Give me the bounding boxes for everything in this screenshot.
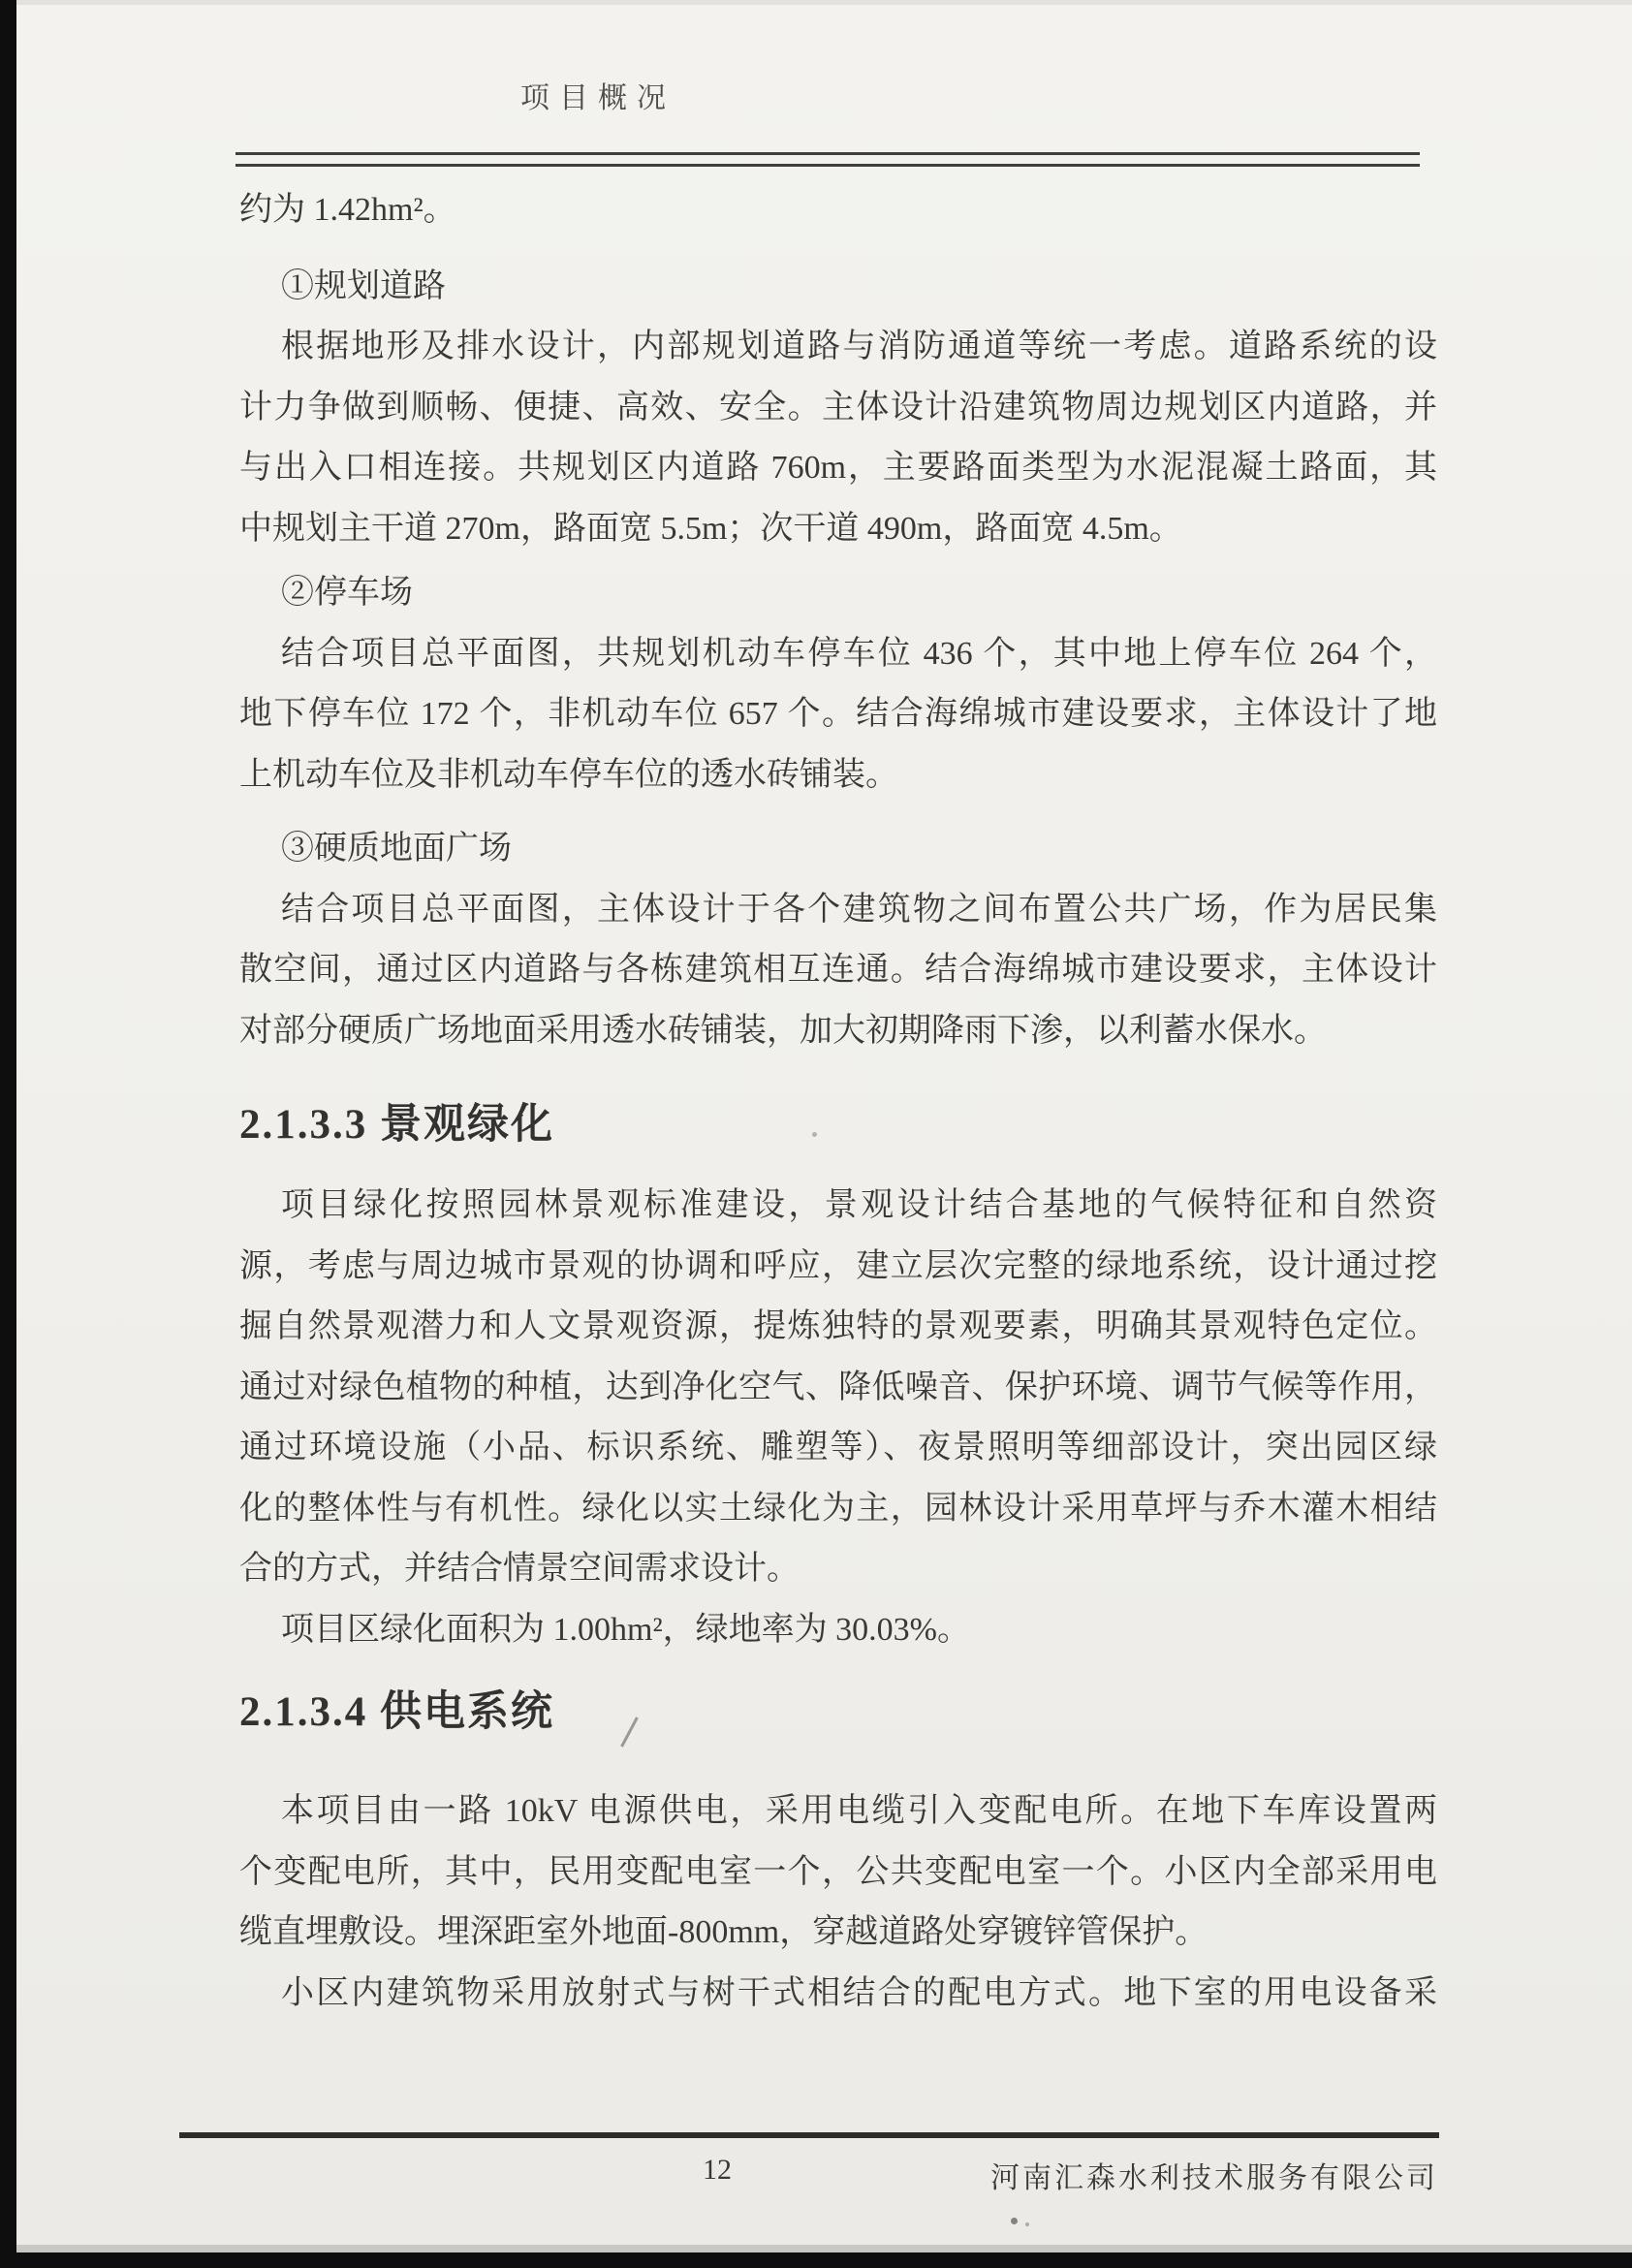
body-line: 源，考虑与周边城市景观的协调和呼应，建立层次完整的绿地系统，设计通过挖 (239, 1237, 1437, 1298)
body-line: 个变配电所，其中，民用变配电室一个，公共变配电室一个。小区内全部采用电 (239, 1843, 1437, 1904)
page-header-title: 项目概况 (520, 74, 675, 116)
body-line: 合的方式，并结合情景空间需求设计。 (239, 1539, 1437, 1600)
body-line: 地下停车位 172 个，非机动车位 657 个。结合海绵城市建设要求，主体设计了… (239, 684, 1437, 745)
list-item-label-road: ①规划道路 (239, 257, 1437, 318)
section-heading-power: 2.1.3.4 供电系统 (239, 1670, 1437, 1755)
scan-edge-bottom (0, 2252, 1632, 2268)
body-line: 本项目由一路 10kV 电源供电，采用电缆引入变配电所。在地下车库设置两 (239, 1781, 1437, 1843)
body-line: 与出入口相连接。共规划区内道路 760m，主要路面类型为水泥混凝土路面，其 (239, 438, 1437, 499)
document-body: 约为 1.42hm²。 ①规划道路 根据地形及排水设计，内部规划道路与消防通道等… (239, 180, 1437, 2024)
body-line: 小区内建筑物采用放射式与树干式相结合的配电方式。地下室的用电设备采 (239, 1964, 1437, 2025)
scan-edge-bottom-shadow (0, 2245, 1632, 2252)
body-line: 上机动车位及非机动车停车位的透水砖铺装。 (239, 745, 1437, 806)
body-line: 通过环境设施（小品、标识系统、雕塑等）、夜景照明等细部设计，突出园区绿 (239, 1418, 1437, 1479)
list-item-label-parking: ②停车场 (239, 563, 1437, 624)
body-line: 化的整体性与有机性。绿化以实土绿化为主，园林设计采用草坪与乔木灌木相结 (239, 1479, 1437, 1540)
body-line: 缆直埋敷设。埋深距室外地面-800mm，穿越道路处穿镀锌管保护。 (239, 1903, 1437, 1964)
body-line: 中规划主干道 270m，路面宽 5.5m；次干道 490m，路面宽 4.5m。 (239, 499, 1437, 560)
scanned-page: 项目概况 约为 1.42hm²。 ①规划道路 根据地形及排水设计，内部规划道路与… (0, 0, 1632, 2268)
header-rule (235, 152, 1420, 167)
body-line: 项目绿化按照园林景观标准建设，景观设计结合基地的气候特征和自然资 (239, 1176, 1437, 1237)
body-line: 散空间，通过区内道路与各栋建筑相互连通。结合海绵城市建设要求，主体设计 (239, 940, 1437, 1001)
body-line: 对部分硬质广场地面采用透水砖铺装，加大初期降雨下渗，以利蓄水保水。 (239, 1001, 1437, 1062)
body-line: 计力争做到顺畅、便捷、高效、安全。主体设计沿建筑物周边规划区内道路，并 (239, 378, 1437, 439)
section-heading-landscape: 2.1.3.3 景观绿化 (239, 1083, 1437, 1168)
body-line: 通过对绿色植物的种植，达到净化空气、降低噪音、保护环境、调节气候等作用， (239, 1358, 1437, 1419)
body-line: 约为 1.42hm²。 (239, 180, 1437, 241)
scan-edge-left (0, 0, 16, 2268)
scan-artifact (812, 1132, 817, 1137)
body-line: 掘自然景观潜力和人文景观资源，提炼独特的景观要素，明确其景观特色定位。 (239, 1297, 1437, 1358)
list-item-label-plaza: ③硬质地面广场 (239, 819, 1437, 880)
body-line: 根据地形及排水设计，内部规划道路与消防通道等统一考虑。道路系统的设 (239, 317, 1437, 378)
scan-edge-top (0, 0, 1632, 5)
body-line: 结合项目总平面图，共规划机动车停车位 436 个，其中地上停车位 264 个， (239, 624, 1437, 685)
footer-rule (179, 2132, 1439, 2138)
scan-artifact (1025, 2222, 1029, 2226)
body-line: 项目区绿化面积为 1.00hm²，绿地率为 30.03%。 (239, 1600, 1437, 1661)
body-line: 结合项目总平面图，主体设计于各个建筑物之间布置公共广场，作为居民集 (239, 880, 1437, 941)
company-name: 河南汇森水利技术服务有限公司 (990, 2154, 1438, 2196)
scan-artifact (1011, 2218, 1018, 2224)
page-number: 12 (703, 2154, 732, 2187)
